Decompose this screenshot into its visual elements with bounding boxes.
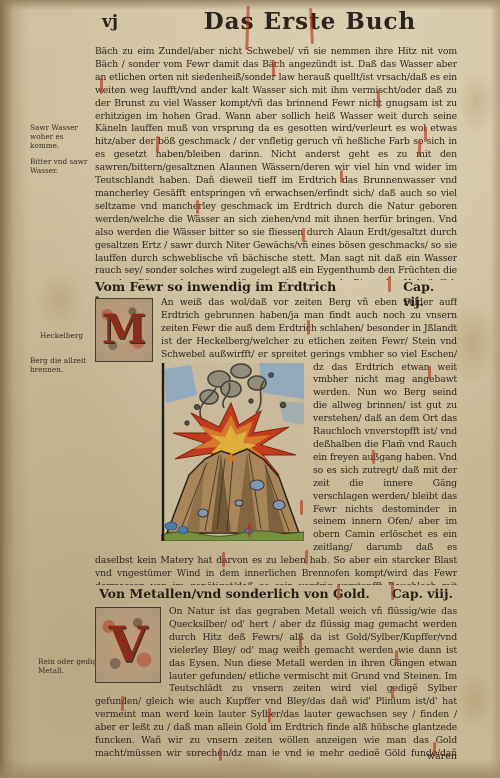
page-edge-left (0, 0, 30, 778)
page-edge-bottom (0, 760, 500, 778)
volcano-woodcut (161, 363, 304, 541)
catchword: wären (395, 751, 457, 762)
margin-note: Rein oder gedige Metall. (38, 658, 102, 676)
chapter-8-heading: Von Metallen/vnd sonderlich von Gold. Ca… (95, 586, 457, 601)
page-edge-right (490, 0, 500, 778)
book-page: vj Das Erste Buch Bäch zu eim Zundel/abe… (0, 0, 500, 778)
margin-note: Bitter vnd sawr Wasser. (30, 158, 94, 176)
foxing-spot (35, 270, 85, 330)
foxing-spot (455, 670, 495, 730)
paragraph-intro: Bäch zu eim Zundel/aber nicht Schwebel/ … (95, 46, 457, 280)
page-number: vj (102, 12, 118, 32)
paragraph-chapter-7: M An weiß das wol/daß vor zeiten Berg vñ… (95, 297, 457, 585)
drop-cap-initial: V (95, 607, 161, 683)
foxing-spot (455, 70, 497, 135)
chapter-8-title: Von Metallen/vnd sonderlich von Gold. (99, 586, 370, 601)
running-title: Das Erste Buch (200, 8, 420, 35)
chapter-8-number: Cap. viij. (392, 586, 453, 601)
drop-cap-initial: M (95, 298, 153, 362)
margin-note: Sawr Wasser woher es komme. (30, 124, 94, 150)
margin-note: Berg die allzeit brennen. (30, 357, 94, 375)
paragraph-chapter-8: V On Natur ist das gegraben Metall weich… (95, 606, 457, 756)
